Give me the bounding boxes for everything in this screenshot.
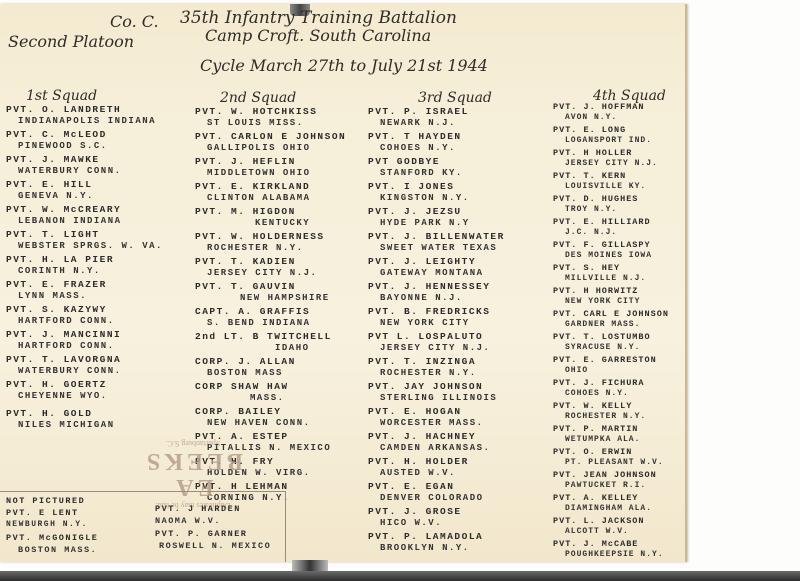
member-town: PINEWOOD S.C. bbox=[6, 141, 191, 154]
member-town: LEBANON INDIANA bbox=[6, 216, 191, 229]
squad-member: PVT. W. HOLDERNESSROCHESTER N.Y. bbox=[195, 231, 370, 256]
member-town: NEWARK N.J. bbox=[368, 118, 548, 131]
member-town: MASS. bbox=[195, 393, 370, 406]
member-name: PVT. S. KAZYWY bbox=[6, 304, 191, 316]
member-town: GALLIPOLIS OHIO bbox=[195, 143, 370, 156]
member-town: WATERBURY CONN. bbox=[6, 166, 191, 179]
squad-member: PVT. JEAN JOHNSONPAWTUCKET R.I. bbox=[553, 470, 685, 493]
squad-member: PVT. CARLON E JOHNSONGALLIPOLIS OHIO bbox=[195, 131, 370, 156]
member-name: PVT. T. LAVORGNA bbox=[6, 354, 191, 366]
member-town: INDIANAPOLIS INDIANA bbox=[6, 116, 191, 129]
squad-member: PVT. W. KELLYROCHESTER N.Y. bbox=[553, 401, 685, 424]
member-town: KENTUCKY bbox=[195, 218, 370, 231]
squad-member: PVT. L. JACKSONALCOTT W.V. bbox=[553, 516, 685, 539]
member-name: PVT. W. HOTCHKISS bbox=[195, 106, 370, 118]
member-town: NAOMA W.V. bbox=[155, 516, 295, 529]
member-town: NEW HAVEN CONN. bbox=[195, 418, 370, 431]
member-name: PVT. E. HILL bbox=[6, 179, 191, 191]
member-name: PVT. E. LONG bbox=[553, 125, 685, 136]
member-name: PVT. J. LEIGHTY bbox=[368, 256, 548, 268]
squad-4-title: 4th Squad bbox=[593, 88, 685, 102]
member-name: PVT. D. HUGHES bbox=[553, 194, 685, 205]
member-town: WETUMPKA ALA. bbox=[553, 435, 685, 447]
member-name: PVT. H. HOLDER bbox=[368, 456, 548, 468]
member-town: GENEVA N.Y. bbox=[6, 191, 191, 204]
squad-4-column: 4th Squad PVT. J. HOFFMANAVON N.Y. PVT. … bbox=[553, 88, 685, 562]
squad-member: PVT. J. MAWKEWATERBURY CONN. bbox=[6, 154, 191, 179]
squad-member: PVT. E. GARRESTONOHIO bbox=[553, 355, 685, 378]
squad-member: PVT. O. LANDRETHINDIANAPOLIS INDIANA bbox=[6, 104, 191, 129]
member-name: PVT. T. KADIEN bbox=[195, 256, 370, 268]
member-name: PVT. O. LANDRETH bbox=[6, 104, 191, 116]
squad-member: PVT. J. HOFFMANAVON N.Y. bbox=[553, 102, 685, 125]
member-town: CORINTH N.Y. bbox=[6, 266, 191, 279]
member-name: PVT. H HOLLER bbox=[553, 148, 685, 159]
member-town: AUSTED W.V. bbox=[368, 468, 548, 481]
member-name: PVT. J. JEZSU bbox=[368, 206, 548, 218]
member-town: NEW YORK CITY bbox=[553, 297, 685, 309]
member-name: CORP. J. ALLAN bbox=[195, 356, 370, 368]
member-name: 2nd LT. B TWITCHELL bbox=[195, 331, 370, 343]
member-name: PVT. P. ISRAEL bbox=[368, 106, 548, 118]
member-name: PVT. T. LIGHT bbox=[6, 229, 191, 241]
member-town: HYDE PARK N.Y bbox=[368, 218, 548, 231]
member-town: OHIO bbox=[553, 366, 685, 378]
member-town: BOSTON MASS bbox=[195, 368, 370, 381]
scanner-edge bbox=[0, 571, 800, 581]
member-town: PAWTUCKET R.I. bbox=[553, 481, 685, 493]
squad-member: CORP. J. ALLANBOSTON MASS bbox=[195, 356, 370, 381]
member-town: LOGANSPORT IND. bbox=[553, 136, 685, 148]
squad-member: PVT. H HORWITZNEW YORK CITY bbox=[553, 286, 685, 309]
member-town: KINGSTON N.Y. bbox=[368, 193, 548, 206]
squad-member: PVT. S. HEYMILLVILLE N.J. bbox=[553, 263, 685, 286]
member-name: PVT. A. KELLEY bbox=[553, 493, 685, 504]
squad-member: PVT. E. FRAZERLYNN MASS. bbox=[6, 279, 191, 304]
squad-member: PVT. J. HENNESSEYBAYONNE N.J. bbox=[368, 281, 548, 306]
member-name: PVT. J. MAWKE bbox=[6, 154, 191, 166]
member-town: LOUISVILLE KY. bbox=[553, 182, 685, 194]
member-town: COHOES N.Y. bbox=[368, 143, 548, 156]
member-town: IDAHO bbox=[195, 343, 370, 356]
member-town: DENVER COLORADO bbox=[368, 493, 548, 506]
member-town: ROCHESTER N.Y. bbox=[368, 368, 548, 381]
member-name: PVT. J. HEFLIN bbox=[195, 156, 370, 168]
member-town: HARTFORD CONN. bbox=[6, 341, 191, 354]
squad-member: PVT. E. HILLIARDJ.C. N.J. bbox=[553, 217, 685, 240]
member-name: PVT. J HARDEN bbox=[155, 504, 295, 516]
squad-member: PVT. B. FREDRICKSNEW YORK CITY bbox=[368, 306, 548, 331]
member-town: AVON N.Y. bbox=[553, 113, 685, 125]
cycle-dates: Cycle March 27th to July 21st 1944 bbox=[200, 56, 488, 75]
member-name: PVT. T. INZINGA bbox=[368, 356, 548, 368]
member-name: PVT. T. KERN bbox=[553, 171, 685, 182]
member-name: PVT. J. FICHURA bbox=[553, 378, 685, 389]
member-name: PVT. E. KIRKLAND bbox=[195, 181, 370, 193]
squad-member: PVT. J. McCABEPOUGHKEEPSIE N.Y. bbox=[553, 539, 685, 562]
squad-member: PVT. O. ERWINPT. PLEASANT W.V. bbox=[553, 447, 685, 470]
member-name: PVT. L. JACKSON bbox=[553, 516, 685, 527]
squad-member: PVT. A. KELLEYDIAMINGHAM ALA. bbox=[553, 493, 685, 516]
member-name: PVT. E. HILLIARD bbox=[553, 217, 685, 228]
member-town: BROOKLYN N.Y. bbox=[368, 543, 548, 556]
squad-member: 2nd LT. B TWITCHELLIDAHO bbox=[195, 331, 370, 356]
member-town: NEW YORK CITY bbox=[368, 318, 548, 331]
member-town: MILLVILLE N.J. bbox=[553, 274, 685, 286]
not-pictured-left: NOT PICTURED PVT. E LENT NEWBURGH N.Y. P… bbox=[6, 496, 156, 558]
member-name: CAPT. A. GRAFFIS bbox=[195, 306, 370, 318]
squad-member: PVT. P. ISRAELNEWARK N.J. bbox=[368, 106, 548, 131]
squad-member: PVT. F. GILLASPYDES MOINES IOWA bbox=[553, 240, 685, 263]
member-name: PVT. E. EGAN bbox=[368, 481, 548, 493]
member-name: PVT. J. HACHNEY bbox=[368, 431, 548, 443]
member-name: PVT. P. GARNER bbox=[155, 529, 295, 541]
squad-member: PVT. J. BILLENWATERSWEET WATER TEXAS bbox=[368, 231, 548, 256]
squad-member: PVT. C. McLEODPINEWOOD S.C. bbox=[6, 129, 191, 154]
member-name: PVT. T HAYDEN bbox=[368, 131, 548, 143]
member-town: STANFORD KY. bbox=[368, 168, 548, 181]
member-town: ROCHESTER N.Y. bbox=[553, 412, 685, 424]
member-name: PVT L. LOSPALUTO bbox=[368, 331, 548, 343]
member-town: S. BEND INDIANA bbox=[195, 318, 370, 331]
not-pictured-right: PVT. J HARDEN NAOMA W.V. PVT. P. GARNER … bbox=[155, 504, 295, 554]
member-town: COHOES N.Y. bbox=[553, 389, 685, 401]
squad-member: PVT. T. LIGHTWEBSTER SPRGS. W. VA. bbox=[6, 229, 191, 254]
member-town: MIDDLETOWN OHIO bbox=[195, 168, 370, 181]
squad-member: PVT. H. LA PIERCORINTH N.Y. bbox=[6, 254, 191, 279]
squad-member: PVT. J. FICHURACOHOES N.Y. bbox=[553, 378, 685, 401]
squad-member: PVT. E. KIRKLANDCLINTON ALABAMA bbox=[195, 181, 370, 206]
member-name: PVT. J. HENNESSEY bbox=[368, 281, 548, 293]
squad-member: PVT. S. KAZYWYHARTFORD CONN. bbox=[6, 304, 191, 329]
member-name: PVT. J. GROSE bbox=[368, 506, 548, 518]
member-town: ST LOUIS MISS. bbox=[195, 118, 370, 131]
member-name: PVT. W. McCREARY bbox=[6, 204, 191, 216]
member-name: PVT. W. HOLDERNESS bbox=[195, 231, 370, 243]
platoon-label: Second Platoon bbox=[8, 32, 134, 51]
stamp-city: Spartanburg S.C. bbox=[118, 438, 268, 448]
squad-member: PVT. T HAYDENCOHOES N.Y. bbox=[368, 131, 548, 156]
squad-member: PVT. P. LAMADOLABROOKLYN N.Y. bbox=[368, 531, 548, 556]
member-name: PVT. J. MANCINNI bbox=[6, 329, 191, 341]
squad-member: PVT. D. HUGHESTROY N.Y. bbox=[553, 194, 685, 217]
member-town: ROSWELL N. MEXICO bbox=[155, 541, 295, 554]
squad-member: CAPT. A. GRAFFISS. BEND INDIANA bbox=[195, 306, 370, 331]
squad-member: PVT. H. GOERTZCHEYENNE WYO. bbox=[6, 379, 191, 404]
member-name: PVT. E. FRAZER bbox=[6, 279, 191, 291]
member-town: NEWBURGH N.Y. bbox=[6, 520, 156, 533]
member-name: PVT. H. LA PIER bbox=[6, 254, 191, 266]
squad-member: PVT. J. JEZSUHYDE PARK N.Y bbox=[368, 206, 548, 231]
member-name: PVT. E. HOGAN bbox=[368, 406, 548, 418]
squad-member: PVT. J. LEIGHTYGATEWAY MONTANA bbox=[368, 256, 548, 281]
member-town: HARTFORD CONN. bbox=[6, 316, 191, 329]
member-town: BAYONNE N.J. bbox=[368, 293, 548, 306]
member-town: LYNN MASS. bbox=[6, 291, 191, 304]
member-name: PVT. H. GOLD bbox=[6, 408, 191, 420]
member-name: PVT. McGONIGLE bbox=[6, 533, 156, 545]
squad-3-column: 3rd Squad PVT. P. ISRAELNEWARK N.J. PVT.… bbox=[368, 90, 548, 556]
member-town: ALCOTT W.V. bbox=[553, 527, 685, 539]
member-town: JERSEY CITY N.J. bbox=[368, 343, 548, 356]
member-town: WORCESTER MASS. bbox=[368, 418, 548, 431]
squad-member: PVT. W. McCREARYLEBANON INDIANA bbox=[6, 204, 191, 229]
member-town: JERSEY CITY N.J. bbox=[553, 159, 685, 171]
squad-1-title: 1st Squad bbox=[26, 88, 211, 104]
member-name: PVT. I JONES bbox=[368, 181, 548, 193]
member-name: PVT. O. ERWIN bbox=[553, 447, 685, 458]
squad-member: PVT. H. GOLDNILES MICHIGAN bbox=[6, 408, 191, 433]
member-name: PVT. J. McCABE bbox=[553, 539, 685, 550]
squad-member: PVT. H. HOLDERAUSTED W.V. bbox=[368, 456, 548, 481]
squad-1-column: 1st Squad PVT. O. LANDRETHINDIANAPOLIS I… bbox=[6, 88, 191, 433]
member-town: PT. PLEASANT W.V. bbox=[553, 458, 685, 470]
squad-member: PVT. M. HIGDONKENTUCKY bbox=[195, 206, 370, 231]
member-name: PVT. W. KELLY bbox=[553, 401, 685, 412]
member-town: DES MOINES IOWA bbox=[553, 251, 685, 263]
member-name: PVT. B. FREDRICKS bbox=[368, 306, 548, 318]
member-town: JERSEY CITY N.J. bbox=[195, 268, 370, 281]
member-name: PVT GODBYE bbox=[368, 156, 548, 168]
member-town: WEBSTER SPRGS. W. VA. bbox=[6, 241, 191, 254]
member-name: CORP. BAILEY bbox=[195, 406, 370, 418]
squad-member: PVT. J. HEFLINMIDDLETOWN OHIO bbox=[195, 156, 370, 181]
member-name: PVT. JAY JOHNSON bbox=[368, 381, 548, 393]
squad-member: PVT L. LOSPALUTOJERSEY CITY N.J. bbox=[368, 331, 548, 356]
squad-member: PVT. I JONESKINGSTON N.Y. bbox=[368, 181, 548, 206]
squad-member: PVT. E. LONGLOGANSPORT IND. bbox=[553, 125, 685, 148]
member-name: PVT. C. McLEOD bbox=[6, 129, 191, 141]
squad-member: PVT. J. HACHNEYCAMDEN ARKANSAS. bbox=[368, 431, 548, 456]
squad-member: CORP. BAILEYNEW HAVEN CONN. bbox=[195, 406, 370, 431]
member-town: J.C. N.J. bbox=[553, 228, 685, 240]
member-town: ROCHESTER N.Y. bbox=[195, 243, 370, 256]
member-town: GARDNER MASS. bbox=[553, 320, 685, 332]
battalion-title: 35th Infantry Training Battalion bbox=[180, 8, 457, 28]
member-town: HICO W.V. bbox=[368, 518, 548, 531]
squad-member: PVT. T. GAUVINNEW HAMPSHIRE bbox=[195, 281, 370, 306]
member-town: GATEWAY MONTANA bbox=[368, 268, 548, 281]
member-name: PVT. CARLON E JOHNSON bbox=[195, 131, 370, 143]
member-town: NILES MICHIGAN bbox=[6, 420, 191, 433]
member-name: PVT. F. GILLASPY bbox=[553, 240, 685, 251]
member-name: PVT. M. HIGDON bbox=[195, 206, 370, 218]
squad-member: PVT. W. HOTCHKISSST LOUIS MISS. bbox=[195, 106, 370, 131]
member-name: PVT. H HORWITZ bbox=[553, 286, 685, 297]
member-town: CLINTON ALABAMA bbox=[195, 193, 370, 206]
squad-member: PVT. E. HILLGENEVA N.Y. bbox=[6, 179, 191, 204]
squad-member: PVT. T. LOSTUMBOSYRACUSE N.Y. bbox=[553, 332, 685, 355]
member-town: SYRACUSE N.Y. bbox=[553, 343, 685, 355]
squad-member: PVT. T. KADIENJERSEY CITY N.J. bbox=[195, 256, 370, 281]
member-name: PVT. S. HEY bbox=[553, 263, 685, 274]
squad-member: PVT. JAY JOHNSONSTERLING ILLINOIS bbox=[368, 381, 548, 406]
squad-member: CORP SHAW HAWMASS. bbox=[195, 381, 370, 406]
squad-member: PVT. T. KERNLOUISVILLE KY. bbox=[553, 171, 685, 194]
member-town: NEW HAMPSHIRE bbox=[195, 293, 370, 306]
squad-member: PVT. T. LAVORGNAWATERBURY CONN. bbox=[6, 354, 191, 379]
member-town: CAMDEN ARKANSAS. bbox=[368, 443, 548, 456]
member-town: TROY N.Y. bbox=[553, 205, 685, 217]
member-name: PVT. E LENT bbox=[6, 508, 156, 520]
squad-member: PVT. CARL E JOHNSONGARDNER MASS. bbox=[553, 309, 685, 332]
member-town: POUGHKEEPSIE N.Y. bbox=[553, 550, 685, 562]
member-town: BOSTON MASS. bbox=[6, 545, 156, 558]
squad-member: PVT. E. HOGANWORCESTER MASS. bbox=[368, 406, 548, 431]
member-town: CHEYENNE WYO. bbox=[6, 391, 191, 404]
photo-back-document: Co. C. 35th Infantry Training Battalion … bbox=[0, 4, 687, 562]
squad-member: PVT GODBYESTANFORD KY. bbox=[368, 156, 548, 181]
location-label: Camp Croft. South Carolina bbox=[205, 26, 431, 45]
company-label: Co. C. bbox=[110, 12, 159, 31]
member-town: DIAMINGHAM ALA. bbox=[553, 504, 685, 516]
member-name: PVT. J. BILLENWATER bbox=[368, 231, 548, 243]
not-pictured-label: NOT PICTURED bbox=[6, 496, 156, 508]
member-town: STERLING ILLINOIS bbox=[368, 393, 548, 406]
member-town: SWEET WATER TEXAS bbox=[368, 243, 548, 256]
squad-member: PVT. P. MARTINWETUMPKA ALA. bbox=[553, 424, 685, 447]
member-name: CORP SHAW HAW bbox=[195, 381, 370, 393]
member-name: PVT. P. MARTIN bbox=[553, 424, 685, 435]
member-town: WATERBURY CONN. bbox=[6, 366, 191, 379]
member-name: PVT. CARL E JOHNSON bbox=[553, 309, 685, 320]
squad-member: PVT. T. INZINGAROCHESTER N.Y. bbox=[368, 356, 548, 381]
member-name: PVT. H. GOERTZ bbox=[6, 379, 191, 391]
member-name: PVT. P. LAMADOLA bbox=[368, 531, 548, 543]
member-name: PVT. T. GAUVIN bbox=[195, 281, 370, 293]
member-name: PVT. E. GARRESTON bbox=[553, 355, 685, 366]
squad-member: PVT. H HOLLERJERSEY CITY N.J. bbox=[553, 148, 685, 171]
squad-member: PVT. E. EGANDENVER COLORADO bbox=[368, 481, 548, 506]
member-name: PVT. JEAN JOHNSON bbox=[553, 470, 685, 481]
squad-member: PVT. J. MANCINNIHARTFORD CONN. bbox=[6, 329, 191, 354]
member-name: PVT. T. LOSTUMBO bbox=[553, 332, 685, 343]
squad-member: PVT. J. GROSEHICO W.V. bbox=[368, 506, 548, 531]
